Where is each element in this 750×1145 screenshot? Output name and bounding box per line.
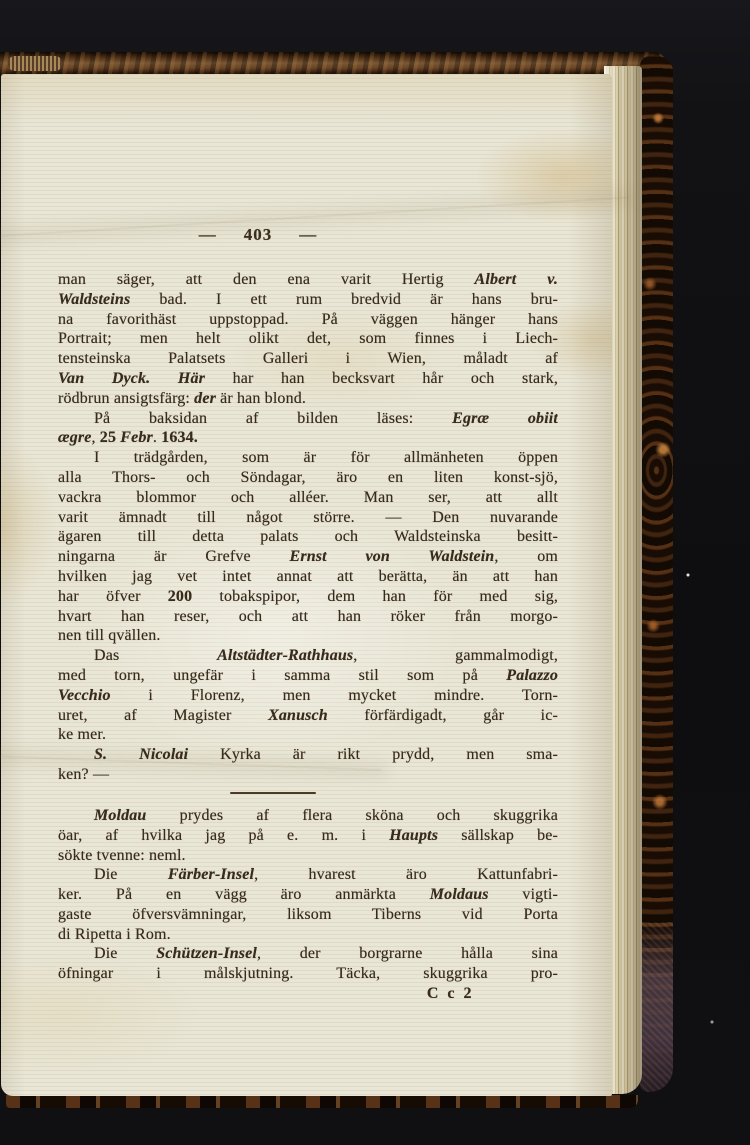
text-line: På baksidan af bilden läses: Egræ obiit: [58, 409, 558, 429]
text-line: rödbrun ansigtsfärg: der är han blond.: [58, 389, 558, 409]
text-line: sökte tvenne: neml.: [58, 846, 558, 866]
book-page: — 403 — man säger, att den ena varit Her…: [1, 74, 612, 1096]
text-line: varit ämnadt till något större. — Den nu…: [58, 508, 558, 528]
text-line: med torn, ungefär i samma stil som på Pa…: [58, 666, 558, 686]
page-number: 403: [244, 225, 273, 245]
book-headband: [8, 56, 62, 71]
text-line: uret, af Magister Xanusch förfärdigadt, …: [58, 706, 558, 726]
text-line: S. Nicolai Kyrka är rikt prydd, men sma-: [58, 745, 558, 765]
text-line: har öfver 200 tobakspipor, dem han för m…: [58, 587, 558, 607]
divider-rule: [230, 792, 316, 795]
text-line: Vecchio i Florenz, men mycket mindre. To…: [58, 686, 558, 706]
text-line: ägaren till detta palats och Waldsteinsk…: [58, 527, 558, 547]
text-line: I trädgården, som är för allmänheten öpp…: [58, 448, 558, 468]
page-text-block: man säger, att den ena varit Hertig Albe…: [58, 270, 558, 1004]
text-line: öfningar i målskjutning. Täcka, skuggrik…: [58, 964, 558, 984]
text-line: man säger, att den ena varit Hertig Albe…: [58, 270, 558, 290]
text-line: Moldau prydes af flera sköna och skuggri…: [58, 806, 558, 826]
text-line: öar, af hvilka jag på e. m. i Haupts säl…: [58, 826, 558, 846]
text-line: alla Thors- och Söndagar, äro en liten k…: [58, 468, 558, 488]
text-line: Portrait; men helt olikt det, som finnes…: [58, 329, 558, 349]
text-line: gaste öfversvämningar, liksom Tiberns vi…: [58, 905, 558, 925]
text-line: Die Färber-Insel, hvarest äro Kattunfabr…: [58, 865, 558, 885]
text-line: na favorithäst uppstoppad. På väggen hän…: [58, 310, 558, 330]
photo-background: — 403 — man säger, att den ena varit Her…: [0, 0, 750, 1145]
text-line: Die Schützen-Insel, der borgrarne hålla …: [58, 944, 558, 964]
text-line: tensteinska Palatsets Galleri i Wien, må…: [58, 349, 558, 369]
text-line: Van Dyck. Här har han becksvart hår och …: [58, 369, 558, 389]
text-line: ken? —: [58, 765, 558, 785]
book-top-leather-edge: [0, 52, 666, 76]
text-line: di Ripetta i Rom.: [58, 925, 558, 945]
signature-mark: C c 2: [58, 984, 558, 1004]
text-line: ægre, 25 Febr. 1634.: [58, 428, 558, 448]
text-line: hvart han reser, och att han röker från …: [58, 607, 558, 627]
book-cover-marbled-edge: [640, 56, 673, 1092]
text-line: ke mer.: [58, 725, 558, 745]
text-line: hvilken jag vet intet annat att berätta,…: [58, 567, 558, 587]
text-line: vackra blommor och alléer. Man ser, att …: [58, 488, 558, 508]
header-dash-left: —: [199, 225, 217, 245]
text-line: Das Altstädter-Rathhaus, gammalmodigt,: [58, 646, 558, 666]
section-divider: [58, 785, 558, 806]
header-dash-right: —: [299, 225, 317, 245]
book-bottom-leather-edge: [6, 1095, 638, 1108]
text-line: nen till qvällen.: [58, 626, 558, 646]
page-header: — 403 —: [56, 225, 460, 245]
text-line: ningarna är Grefve Ernst von Waldstein, …: [58, 547, 558, 567]
text-line: Waldsteins bad. I ett rum bredvid är han…: [58, 290, 558, 310]
text-line: ker. På en vägg äro anmärkta Moldaus vig…: [58, 885, 558, 905]
